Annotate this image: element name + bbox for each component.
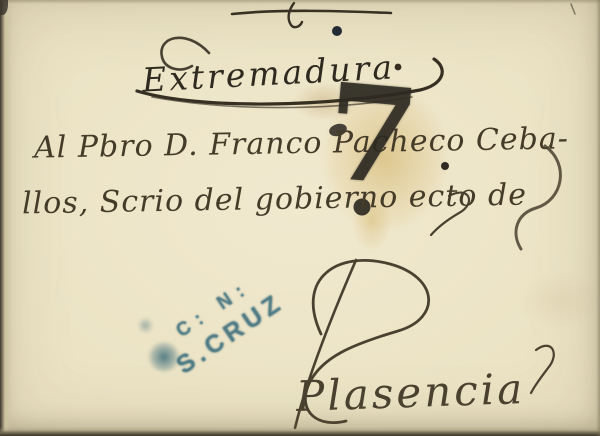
postmark-ink-blob: [148, 342, 180, 372]
address-line-2: llos, Scrio del gobierno ecto de: [22, 178, 527, 222]
postmark-ink-blob: [137, 317, 154, 334]
rate-marking: 7: [320, 66, 423, 206]
postal-cover: Extremadura Al Pbro D. Franco Pacheco Ce…: [0, 0, 600, 436]
destination: Plasencia: [295, 364, 526, 421]
address-line-1: Al Pbro D. Franco Pacheco Ceba-: [34, 121, 569, 165]
cross-icon: [232, 3, 391, 27]
ink-dot-icon: [441, 162, 449, 170]
paper-edge-left: [0, 0, 12, 436]
edge-tick: [571, 4, 575, 14]
paper-edge-bottom: [0, 427, 600, 436]
paper-edge-right: [596, 0, 600, 436]
paper-edge-top: [0, 0, 600, 4]
ink-dot-icon: [332, 26, 342, 36]
